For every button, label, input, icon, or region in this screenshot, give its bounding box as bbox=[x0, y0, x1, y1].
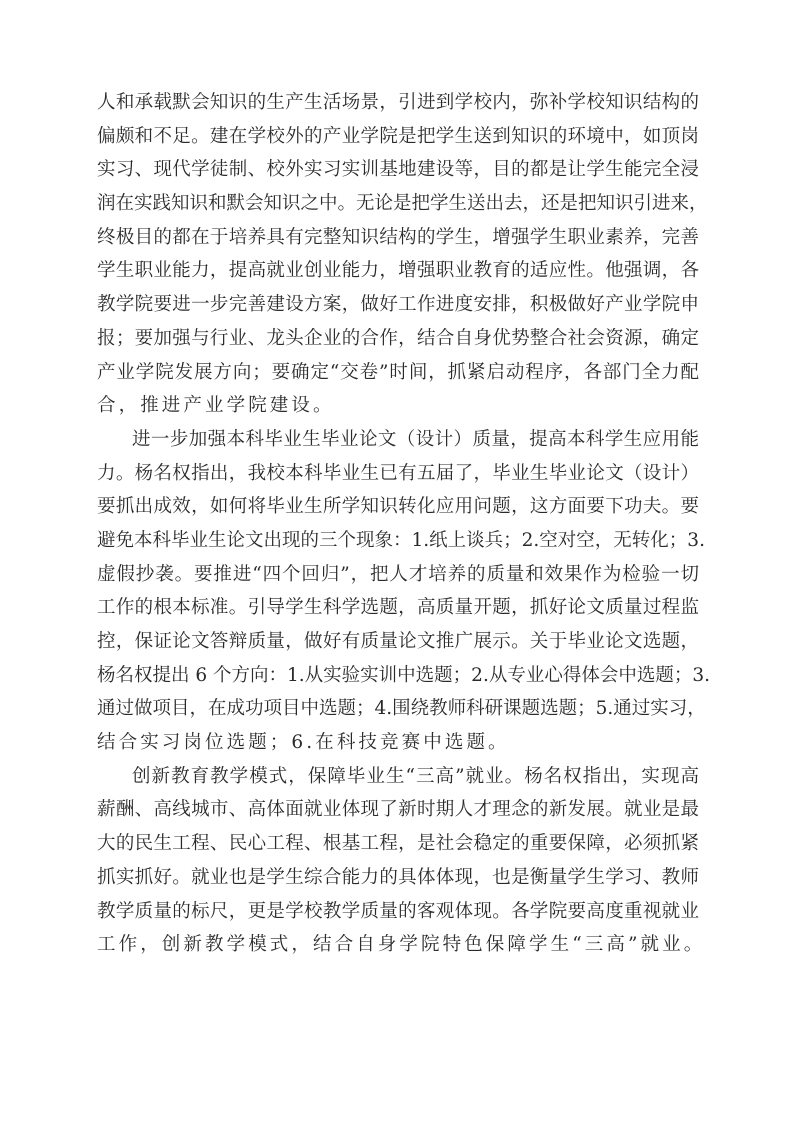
text-line: 实习、现代学徒制、校外实习实训基地建设等，目的都是让学生能完全浸 bbox=[97, 153, 699, 187]
text-line: 工作，创新教学模式，结合自身学院特色保障学生“三高”就业。 bbox=[97, 928, 699, 962]
text-line: 控，保证论文答辩质量，做好有质量论文推广展示。关于毕业论文选题， bbox=[97, 625, 699, 659]
text-line: 进一步加强本科毕业生毕业论文（设计）质量，提高本科学生应用能 bbox=[97, 423, 699, 457]
paragraph-employment: 创新教育教学模式，保障毕业生“三高”就业。杨名权指出，实现高 薪酬、高线城市、高… bbox=[97, 760, 699, 962]
text-line: 产业学院发展方向；要确定“交卷”时间，抓紧启动程序，各部门全力配 bbox=[97, 356, 699, 390]
text-line: 要抓出成效，如何将毕业生所学知识转化应用问题，这方面要下功夫。要 bbox=[97, 490, 699, 524]
text-line: 偏颇和不足。建在学校外的产业学院是把学生送到知识的环境中，如顶岗 bbox=[97, 120, 699, 154]
text-line: 人和承载默会知识的生产生活场景，引进到学校内，弥补学校知识结构的 bbox=[97, 86, 699, 120]
text-line: 避免本科毕业生论文出现的三个现象：1.纸上谈兵；2.空对空，无转化；3. bbox=[97, 524, 699, 558]
text-line: 合，推进产业学院建设。 bbox=[97, 389, 699, 423]
text-line: 报；要加强与行业、龙头企业的合作，结合自身优势整合社会资源，确定 bbox=[97, 322, 699, 356]
text-line: 大的民生工程、民心工程、根基工程，是社会稳定的重要保障，必须抓紧 bbox=[97, 827, 699, 861]
text-line: 抓实抓好。就业也是学生综合能力的具体体现，也是衡量学生学习、教师 bbox=[97, 861, 699, 895]
text-line: 结合实习岗位选题；6.在科技竞赛中选题。 bbox=[97, 726, 699, 760]
text-line: 终极目的都在于培养具有完整知识结构的学生，增强学生职业素养，完善 bbox=[97, 221, 699, 255]
text-line: 学生职业能力，提高就业创业能力，增强职业教育的适应性。他强调，各 bbox=[97, 254, 699, 288]
paragraph-industry-college: 人和承载默会知识的生产生活场景，引进到学校内，弥补学校知识结构的 偏颇和不足。建… bbox=[97, 86, 699, 423]
text-line: 力。杨名权指出，我校本科毕业生已有五届了，毕业生毕业论文（设计） bbox=[97, 457, 699, 491]
text-line: 薪酬、高线城市、高体面就业体现了新时期人才理念的新发展。就业是最 bbox=[97, 793, 699, 827]
document-page: 人和承载默会知识的生产生活场景，引进到学校内，弥补学校知识结构的 偏颇和不足。建… bbox=[97, 86, 699, 962]
text-line: 教学院要进一步完善建设方案，做好工作进度安排，积极做好产业学院申 bbox=[97, 288, 699, 322]
text-line: 润在实践知识和默会知识之中。无论是把学生送出去，还是把知识引进来， bbox=[97, 187, 699, 221]
text-line: 创新教育教学模式，保障毕业生“三高”就业。杨名权指出，实现高 bbox=[97, 760, 699, 794]
text-line: 杨名权提出 6 个方向：1.从实验实训中选题；2.从专业心得体会中选题；3. bbox=[97, 659, 699, 693]
text-line: 通过做项目，在成功项目中选题；4.围绕教师科研课题选题；5.通过实习， bbox=[97, 692, 699, 726]
text-line: 教学质量的标尺，更是学校教学质量的客观体现。各学院要高度重视就业 bbox=[97, 895, 699, 929]
text-line: 工作的根本标准。引导学生科学选题，高质量开题，抓好论文质量过程监 bbox=[97, 591, 699, 625]
text-line: 虚假抄袭。要推进“四个回归”，把人才培养的质量和效果作为检验一切 bbox=[97, 558, 699, 592]
paragraph-thesis-quality: 进一步加强本科毕业生毕业论文（设计）质量，提高本科学生应用能 力。杨名权指出，我… bbox=[97, 423, 699, 760]
